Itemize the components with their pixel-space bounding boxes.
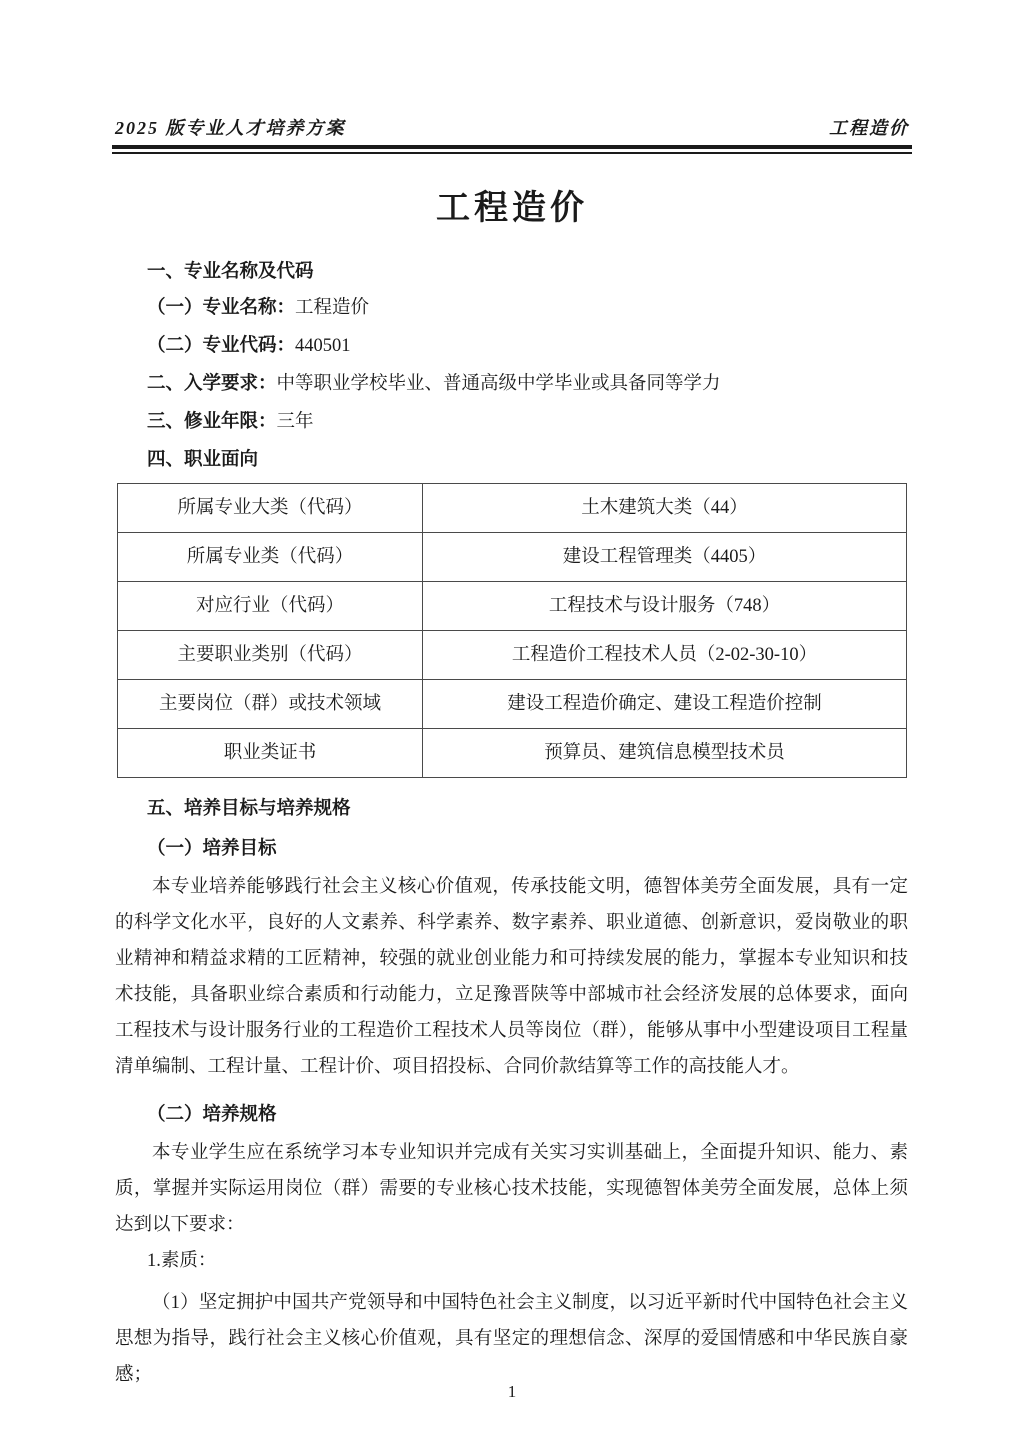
section-1-heading: 一、专业名称及代码 <box>115 259 908 282</box>
major-name-value: 工程造价 <box>295 298 369 318</box>
major-name-label: （一）专业名称： <box>147 296 295 317</box>
table-row: 主要职业类别（代码） 工程造价工程技术人员（2-02-30-10） <box>118 631 907 680</box>
document-page: 2025 版专业人才培养方案 工程造价 工程造价 一、专业名称及代码 （一）专业… <box>0 0 1024 1448</box>
table-row: 所属专业类（代码） 建设工程管理类（4405） <box>118 533 907 582</box>
page-header: 2025 版专业人才培养方案 工程造价 <box>115 0 909 140</box>
table-row-label: 主要职业类别（代码） <box>118 631 423 680</box>
header-left-running-title: 2025 版专业人才培养方案 <box>115 114 346 140</box>
header-double-rule <box>112 145 912 154</box>
occupation-table: 所属专业大类（代码） 土木建筑大类（44） 所属专业类（代码） 建设工程管理类（… <box>117 483 907 778</box>
admission-requirement-line: 二、入学要求：中等职业学校毕业、普通高级中学毕业或具备同等学力 <box>115 371 908 396</box>
section-4-heading: 四、职业面向 <box>115 447 908 470</box>
admission-requirement-label: 二、入学要求： <box>147 372 277 393</box>
training-spec-heading: （二）培养规格 <box>115 1099 908 1129</box>
quality-heading: 1.素质： <box>115 1243 908 1279</box>
table-row-value: 预算员、建筑信息模型技术员 <box>422 729 906 778</box>
header-right-running-title: 工程造价 <box>829 114 909 140</box>
table-row: 对应行业（代码） 工程技术与设计服务（748） <box>118 582 907 631</box>
table-row-label: 所属专业大类（代码） <box>118 484 423 533</box>
document-body: 一、专业名称及代码 （一）专业名称：工程造价 （二）专业代码：440501 二、… <box>115 259 908 1393</box>
section-5-heading: 五、培养目标与培养规格 <box>115 796 908 819</box>
table-row: 所属专业大类（代码） 土木建筑大类（44） <box>118 484 907 533</box>
table-row: 主要岗位（群）或技术领域 建设工程造价确定、建设工程造价控制 <box>118 680 907 729</box>
training-goal-heading: （一）培养目标 <box>115 833 908 863</box>
training-spec-paragraph: 本专业学生应在系统学习本专业知识并完成有关实习实训基础上，全面提升知识、能力、素… <box>115 1135 908 1243</box>
page-number: 1 <box>508 1382 517 1401</box>
table-row-value: 土木建筑大类（44） <box>422 484 906 533</box>
table-row-value: 工程造价工程技术人员（2-02-30-10） <box>422 631 906 680</box>
table-row-value: 建设工程造价确定、建设工程造价控制 <box>422 680 906 729</box>
major-code-line: （二）专业代码：440501 <box>115 333 908 358</box>
table-row-label: 所属专业类（代码） <box>118 533 423 582</box>
page-title: 工程造价 <box>0 180 1024 229</box>
study-duration-line: 三、修业年限：三年 <box>115 409 908 434</box>
training-goal-paragraph: 本专业培养能够践行社会主义核心价值观，传承技能文明，德智体美劳全面发展，具有一定… <box>115 869 908 1085</box>
quality-item-1: （1）坚定拥护中国共产党领导和中国特色社会主义制度，以习近平新时代中国特色社会主… <box>115 1285 908 1393</box>
major-code-label: （二）专业代码： <box>147 334 295 355</box>
major-name-line: （一）专业名称：工程造价 <box>115 295 908 320</box>
table-row-label: 职业类证书 <box>118 729 423 778</box>
table-row: 职业类证书 预算员、建筑信息模型技术员 <box>118 729 907 778</box>
study-duration-value: 三年 <box>277 412 314 432</box>
page-footer: 1 <box>0 1382 1024 1402</box>
table-row-label: 主要岗位（群）或技术领域 <box>118 680 423 729</box>
table-row-value: 建设工程管理类（4405） <box>422 533 906 582</box>
major-code-value: 440501 <box>295 336 351 356</box>
table-row-value: 工程技术与设计服务（748） <box>422 582 906 631</box>
admission-requirement-value: 中等职业学校毕业、普通高级中学毕业或具备同等学力 <box>277 374 721 394</box>
table-row-label: 对应行业（代码） <box>118 582 423 631</box>
study-duration-label: 三、修业年限： <box>147 410 277 431</box>
